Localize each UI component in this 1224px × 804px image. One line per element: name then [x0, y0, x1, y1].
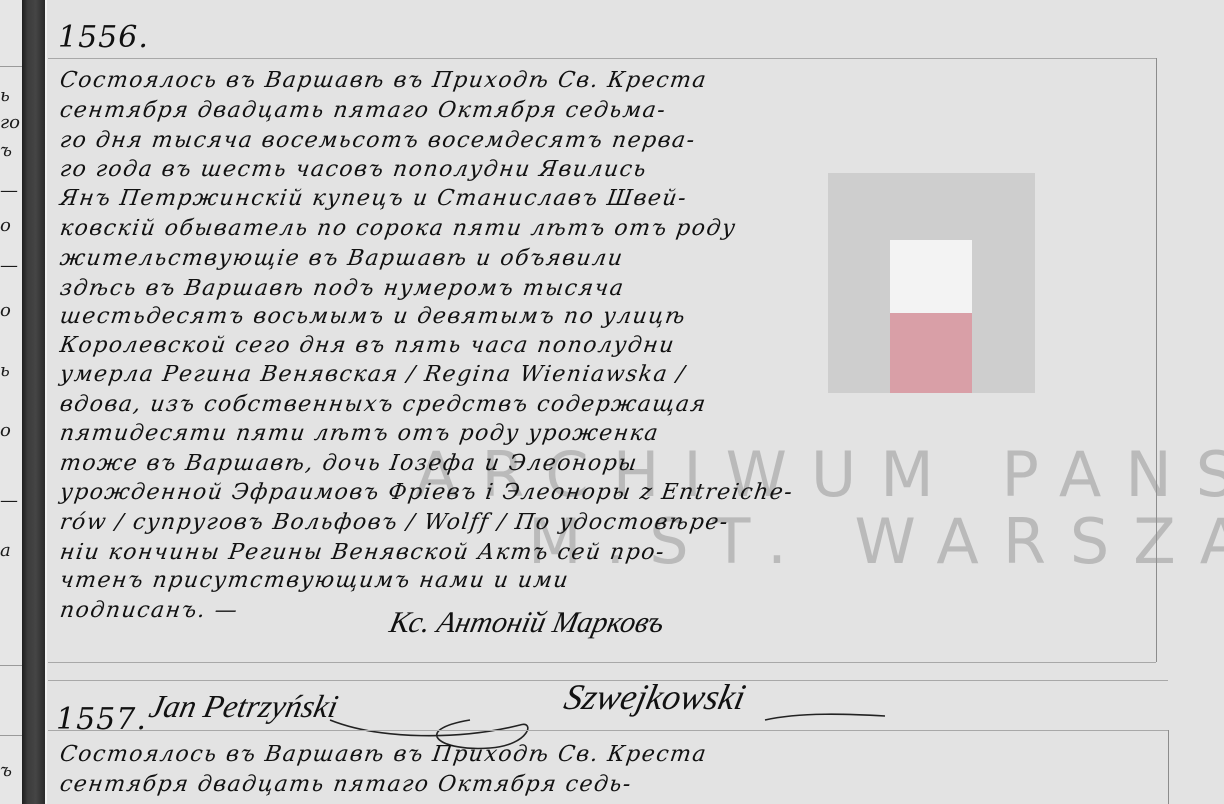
left-page-text: ъ [0, 760, 12, 781]
entry-number: 1557. [56, 702, 147, 737]
left-page-text: о [0, 420, 11, 441]
entry-text-line: Состоялось въ Варшавѣ въ Приходѣ Св. Кре… [58, 68, 709, 93]
priest-signature: Кс. Антонiй Марковъ [386, 606, 667, 640]
left-page-text: о [0, 215, 11, 236]
entry-text-line: ковскiй обыватель по сорока пяти лѣтъ от… [58, 216, 738, 241]
entry-frame-top [48, 730, 1168, 731]
entry-frame-bottom [48, 662, 1156, 663]
left-page-text: о [0, 300, 11, 321]
left-page-text: ъ [0, 140, 12, 161]
entry-text-line: подписанъ. — [58, 598, 240, 623]
entry-text-line: шестьдесятъ восьмымъ и девятымъ по улицѣ [58, 304, 688, 329]
entry-text-line: Состоялось въ Варшавѣ въ Приходѣ Св. Кре… [58, 742, 709, 767]
entry-text-line: Королевской сего дня въ пять часа пополу… [58, 333, 676, 358]
entry-number: 1556. [58, 20, 149, 55]
entry-text-line: го года въ шесть часовъ пополудни Явилис… [58, 157, 649, 182]
entry-text-line: чтенъ присутствующимъ нами и ими [58, 568, 571, 593]
entry-text-line: тоже въ Варшавѣ, дочь Iозефа и Элеоноры [58, 451, 639, 476]
entry-text-line: жительствующiе въ Варшавѣ и объявили [58, 246, 625, 271]
entry-text-line: сентября двадцать пятаго Октября седьма- [58, 98, 668, 123]
left-page-fragment: ь го ъ — о — о ь о — а ъ [0, 0, 22, 804]
left-page-text: — [0, 180, 18, 201]
left-page-text: ь [0, 85, 10, 106]
entry-text-line: здѣсь въ Варшавѣ подъ нумеромъ тысяча [58, 276, 626, 301]
witness-signature: Jan Petrzyński [146, 688, 341, 725]
left-page-text: ь [0, 360, 10, 381]
signature-underline-icon [760, 708, 890, 728]
entry-text-line: умерла Регина Венявская / Regina Wieniaw… [58, 362, 687, 387]
ruled-line [0, 66, 22, 67]
entry-text-line: сентября двадцать пятаго Октября седь- [58, 772, 633, 797]
entry-text-line: го дня тысяча восемьсотъ восемдесятъ пер… [58, 128, 697, 153]
entry-text-line: нiи кончины Регины Венявской Актъ сей пр… [58, 540, 667, 565]
left-page-text: — [0, 255, 18, 276]
witness-signature: Szwejkowski [561, 676, 750, 718]
entry-text-line: пятидесяти пяти лѣтъ отъ роду уроженка [58, 421, 661, 446]
entry-frame-right [1156, 58, 1157, 662]
entry-text-line: rów / супруговъ Вольфовъ / Wolff / По уд… [58, 510, 730, 535]
entry-text-line: вдова, изъ собственныхъ средствъ содержа… [58, 392, 708, 417]
book-binding [22, 0, 47, 804]
entry-frame-right [1168, 730, 1169, 804]
entry-text-line: урожденной Эфраимовъ Фрiевъ i Элеоноры z… [58, 480, 795, 505]
left-page-text: го [0, 112, 20, 133]
ruled-line [0, 735, 22, 736]
watermark-flag-red [890, 313, 972, 393]
watermark-flag-white [890, 240, 972, 313]
ruled-line [0, 665, 22, 666]
entry-frame-top [48, 58, 1156, 59]
left-page-text: — [0, 490, 18, 511]
left-page-text: а [0, 540, 11, 561]
entry-text-line: Янъ Петржинскiй купецъ и Станиславъ Швей… [58, 186, 689, 211]
